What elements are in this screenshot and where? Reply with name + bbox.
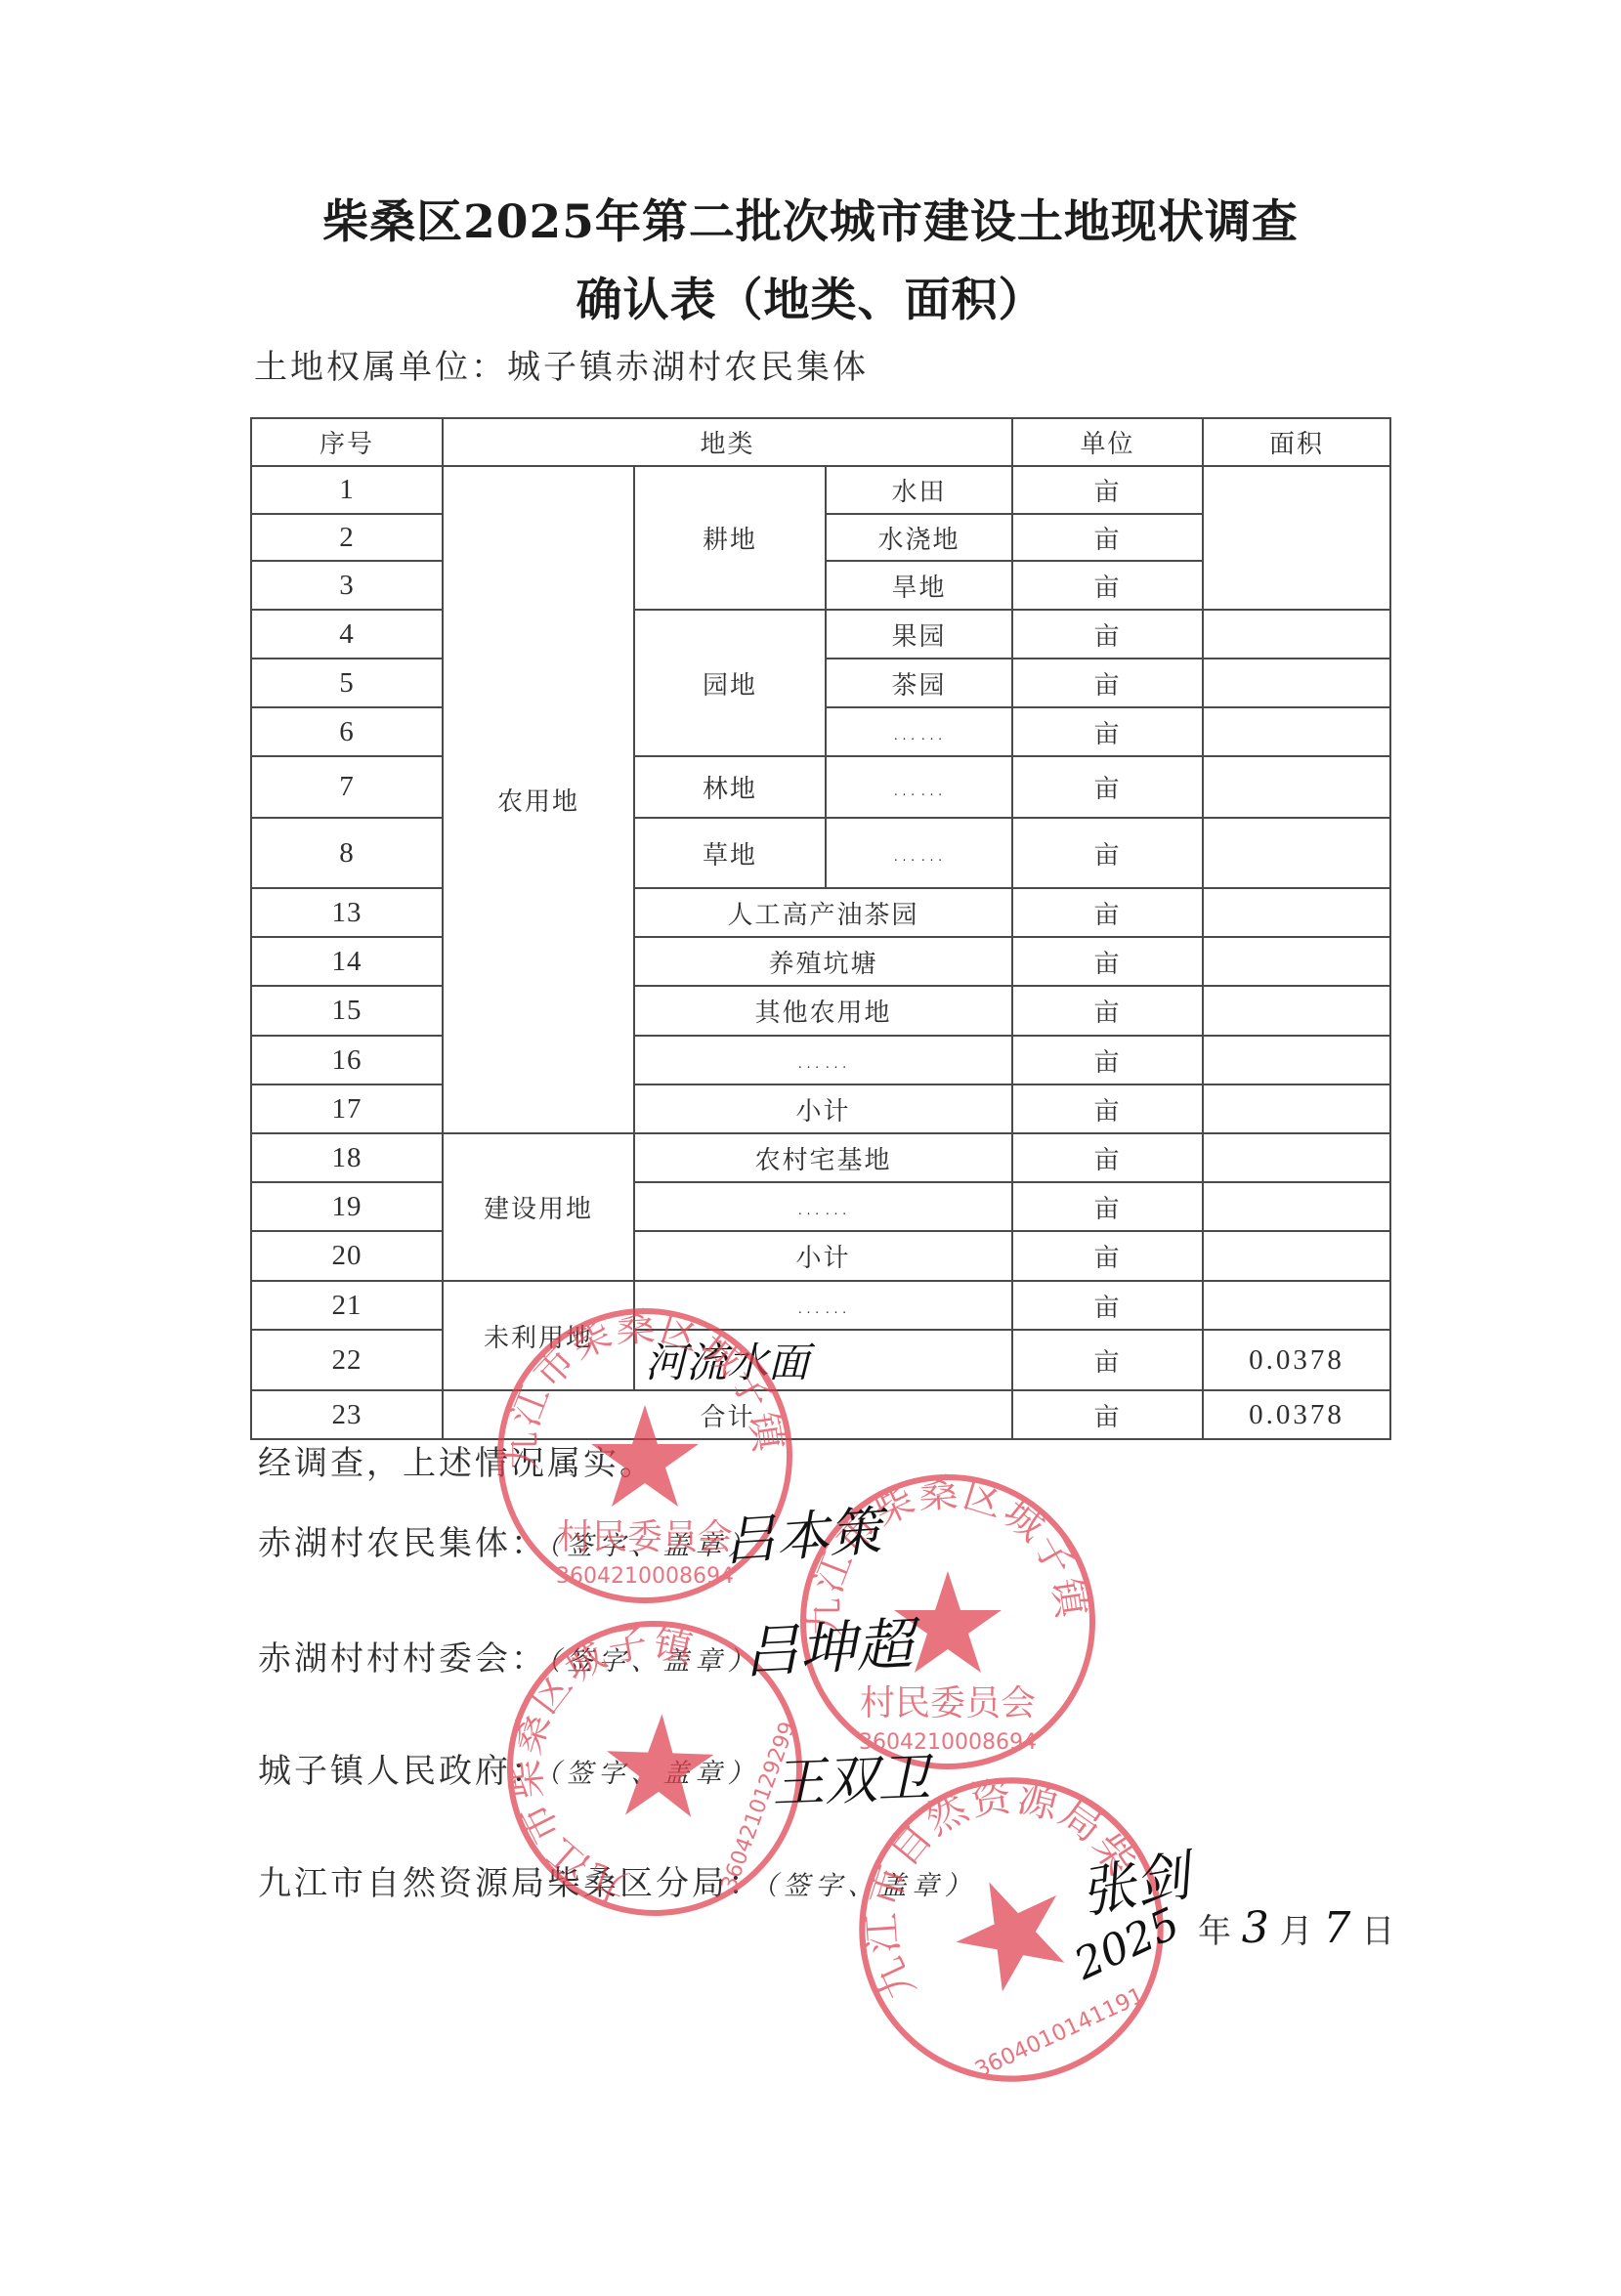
row-unit: 亩 [1012, 1231, 1203, 1281]
signatory-label: 赤湖村村村委会： [258, 1639, 547, 1679]
row-item-handwritten: 河流水面 [634, 1330, 1012, 1390]
row-seq: 16 [251, 1036, 443, 1084]
svg-text:村民委员会: 村民委员会 [860, 1683, 1036, 1723]
svg-text:3604010141191: 3604010141191 [971, 1982, 1148, 2083]
row-seq: 2 [251, 514, 443, 561]
row-item: 人工高产油茶园 [634, 888, 1012, 937]
row-seq: 23 [251, 1390, 443, 1439]
row-unit: 亩 [1012, 1281, 1203, 1330]
row-seq: 4 [251, 610, 443, 659]
table-row: 19 …… 亩 [251, 1182, 1390, 1231]
row-unit: 亩 [1012, 937, 1203, 986]
row-seq: 8 [251, 818, 443, 888]
row-area [1203, 986, 1390, 1036]
row-seq: 3 [251, 561, 443, 610]
row-unit: 亩 [1012, 1182, 1203, 1231]
handwritten-signature: 吕坤超 [741, 1598, 915, 1689]
row-unit: 亩 [1012, 1390, 1203, 1439]
owner-label: 土地权属单位： [254, 348, 507, 387]
signatory-line: 城子镇人民政府：（签字、盖章） [258, 1744, 760, 1792]
handwritten-signature: 王双卫 [771, 1736, 932, 1817]
row-unit: 亩 [1012, 561, 1203, 610]
subgroup-forest: 林地 [634, 756, 826, 818]
signatory-note: （签字、盖章） [764, 1871, 977, 1901]
row-unit: 亩 [1012, 756, 1203, 818]
table-row: 18 建设用地 农村宅基地 亩 [251, 1133, 1390, 1182]
signatory-line: 赤湖村村村委会：（签字、盖章） [258, 1632, 760, 1679]
row-seq: 1 [251, 466, 443, 514]
table-row: 16 …… 亩 [251, 1036, 1390, 1084]
row-seq: 18 [251, 1133, 443, 1182]
header-category: 地类 [443, 418, 1012, 466]
table-header-row: 序号 地类 单位 面积 [251, 418, 1390, 466]
row-area [1203, 1231, 1390, 1281]
date-month-suffix: 月 [1280, 1912, 1313, 1951]
row-seq: 7 [251, 756, 443, 818]
signatory-note: （签字、盖章） [547, 1759, 760, 1789]
land-owner-line: 土地权属单位：城子镇赤湖村农民集体 [254, 340, 869, 388]
row-unit: 亩 [1012, 1036, 1203, 1084]
header-unit: 单位 [1012, 418, 1203, 466]
row-area [1203, 888, 1390, 937]
group-construction: 建设用地 [443, 1133, 634, 1281]
row-item: 茶园 [826, 659, 1012, 707]
signatory-line: 赤湖村农民集体：（签字、盖章） [258, 1516, 760, 1564]
table-row: 22 河流水面 亩 0.0378 [251, 1330, 1390, 1390]
row-item: 小计 [634, 1084, 1012, 1133]
header-area: 面积 [1203, 418, 1390, 466]
row-item: 农村宅基地 [634, 1133, 1012, 1182]
row-area [1203, 818, 1390, 888]
date-month: 3 [1242, 1903, 1269, 1953]
row-item: …… [634, 1036, 1012, 1084]
date-year: 2025 [1067, 1898, 1187, 1990]
row-area [1203, 937, 1390, 986]
table-row: 1 农用地 耕地 水田 亩 [251, 466, 1390, 514]
table-row: 13 人工高产油茶园 亩 [251, 888, 1390, 937]
row-area [1203, 1133, 1390, 1182]
row-area [1203, 659, 1390, 707]
row-unit: 亩 [1012, 659, 1203, 707]
row-seq: 15 [251, 986, 443, 1036]
group-unused: 未利用地 [443, 1281, 634, 1390]
row-area: 0.0378 [1203, 1330, 1390, 1390]
land-survey-table: 序号 地类 单位 面积 1 农用地 耕地 水田 亩 2 水浇地 亩 3 旱地 亩… [250, 417, 1391, 1440]
table-row: 14 养殖坑塘 亩 [251, 937, 1390, 986]
table-row-total: 23 合计 亩 0.0378 [251, 1390, 1390, 1439]
owner-value: 城子镇赤湖村农民集体 [507, 348, 869, 387]
svg-text:3604210008694: 3604210008694 [556, 1564, 734, 1589]
table-row: 21 未利用地 …… 亩 [251, 1281, 1390, 1330]
row-item: 小计 [634, 1231, 1012, 1281]
signatory-label: 赤湖村农民集体： [258, 1524, 547, 1563]
row-item: …… [634, 1281, 1012, 1330]
row-item: 水田 [826, 466, 1012, 514]
row-seq: 20 [251, 1231, 443, 1281]
row-item-total: 合计 [443, 1390, 1012, 1439]
handwritten-signature: 吕本策 [721, 1489, 884, 1575]
row-item: …… [826, 818, 1012, 888]
row-unit: 亩 [1012, 1084, 1203, 1133]
document-title-line-2: 确认表（地类、面积） [0, 264, 1621, 329]
row-seq: 6 [251, 707, 443, 756]
signatory-note: （签字、盖章） [547, 1646, 760, 1677]
row-area [1203, 707, 1390, 756]
subgroup-garden: 园地 [634, 610, 826, 756]
subgroup-grass: 草地 [634, 818, 826, 888]
handwritten-item: 河流水面 [645, 1339, 809, 1386]
table-row: 17 小计 亩 [251, 1084, 1390, 1133]
subgroup-cultivated: 耕地 [634, 466, 826, 610]
row-item: …… [826, 756, 1012, 818]
row-unit: 亩 [1012, 514, 1203, 561]
statement: 经调查，上述情况属实。 [258, 1436, 656, 1484]
row-unit: 亩 [1012, 1133, 1203, 1182]
row-area [1203, 610, 1390, 659]
row-area [1203, 1182, 1390, 1231]
row-unit: 亩 [1012, 986, 1203, 1036]
table-row: 15 其他农用地 亩 [251, 986, 1390, 1036]
row-item: 其他农用地 [634, 986, 1012, 1036]
sign-date: 2025年 3 月 7 日 [1065, 1903, 1394, 1953]
row-item: 果园 [826, 610, 1012, 659]
row-area [1203, 466, 1390, 610]
row-item: …… [634, 1182, 1012, 1231]
row-area [1203, 1036, 1390, 1084]
signatory-label: 九江市自然资源局柴桑区分局： [258, 1864, 764, 1903]
header-seq: 序号 [251, 418, 443, 466]
group-agricultural: 农用地 [443, 466, 634, 1133]
signatory-line: 九江市自然资源局柴桑区分局：（签字、盖章） [258, 1856, 977, 1904]
row-unit: 亩 [1012, 707, 1203, 756]
row-unit: 亩 [1012, 1330, 1203, 1390]
row-seq: 19 [251, 1182, 443, 1231]
date-year-suffix: 年 [1198, 1912, 1231, 1951]
row-unit: 亩 [1012, 610, 1203, 659]
table-row: 7 林地 …… 亩 [251, 756, 1390, 818]
row-item: 养殖坑塘 [634, 937, 1012, 986]
table-row: 4 园地 果园 亩 [251, 610, 1390, 659]
date-day-suffix: 日 [1361, 1912, 1394, 1951]
signatory-label: 城子镇人民政府： [258, 1752, 547, 1791]
row-unit: 亩 [1012, 818, 1203, 888]
date-day: 7 [1323, 1903, 1350, 1953]
row-seq: 14 [251, 937, 443, 986]
table-row: 20 小计 亩 [251, 1231, 1390, 1281]
row-seq: 21 [251, 1281, 443, 1330]
document-title-line-1: 柴桑区2025年第二批次城市建设土地现状调查 [0, 186, 1621, 251]
row-area-total: 0.0378 [1203, 1390, 1390, 1439]
row-item: 旱地 [826, 561, 1012, 610]
row-seq: 5 [251, 659, 443, 707]
row-area [1203, 1281, 1390, 1330]
row-seq: 13 [251, 888, 443, 937]
row-seq: 22 [251, 1330, 443, 1390]
row-area [1203, 1084, 1390, 1133]
row-item: 水浇地 [826, 514, 1012, 561]
row-area [1203, 756, 1390, 818]
table-row: 8 草地 …… 亩 [251, 818, 1390, 888]
row-item: …… [826, 707, 1012, 756]
row-seq: 17 [251, 1084, 443, 1133]
row-unit: 亩 [1012, 888, 1203, 937]
row-unit: 亩 [1012, 466, 1203, 514]
